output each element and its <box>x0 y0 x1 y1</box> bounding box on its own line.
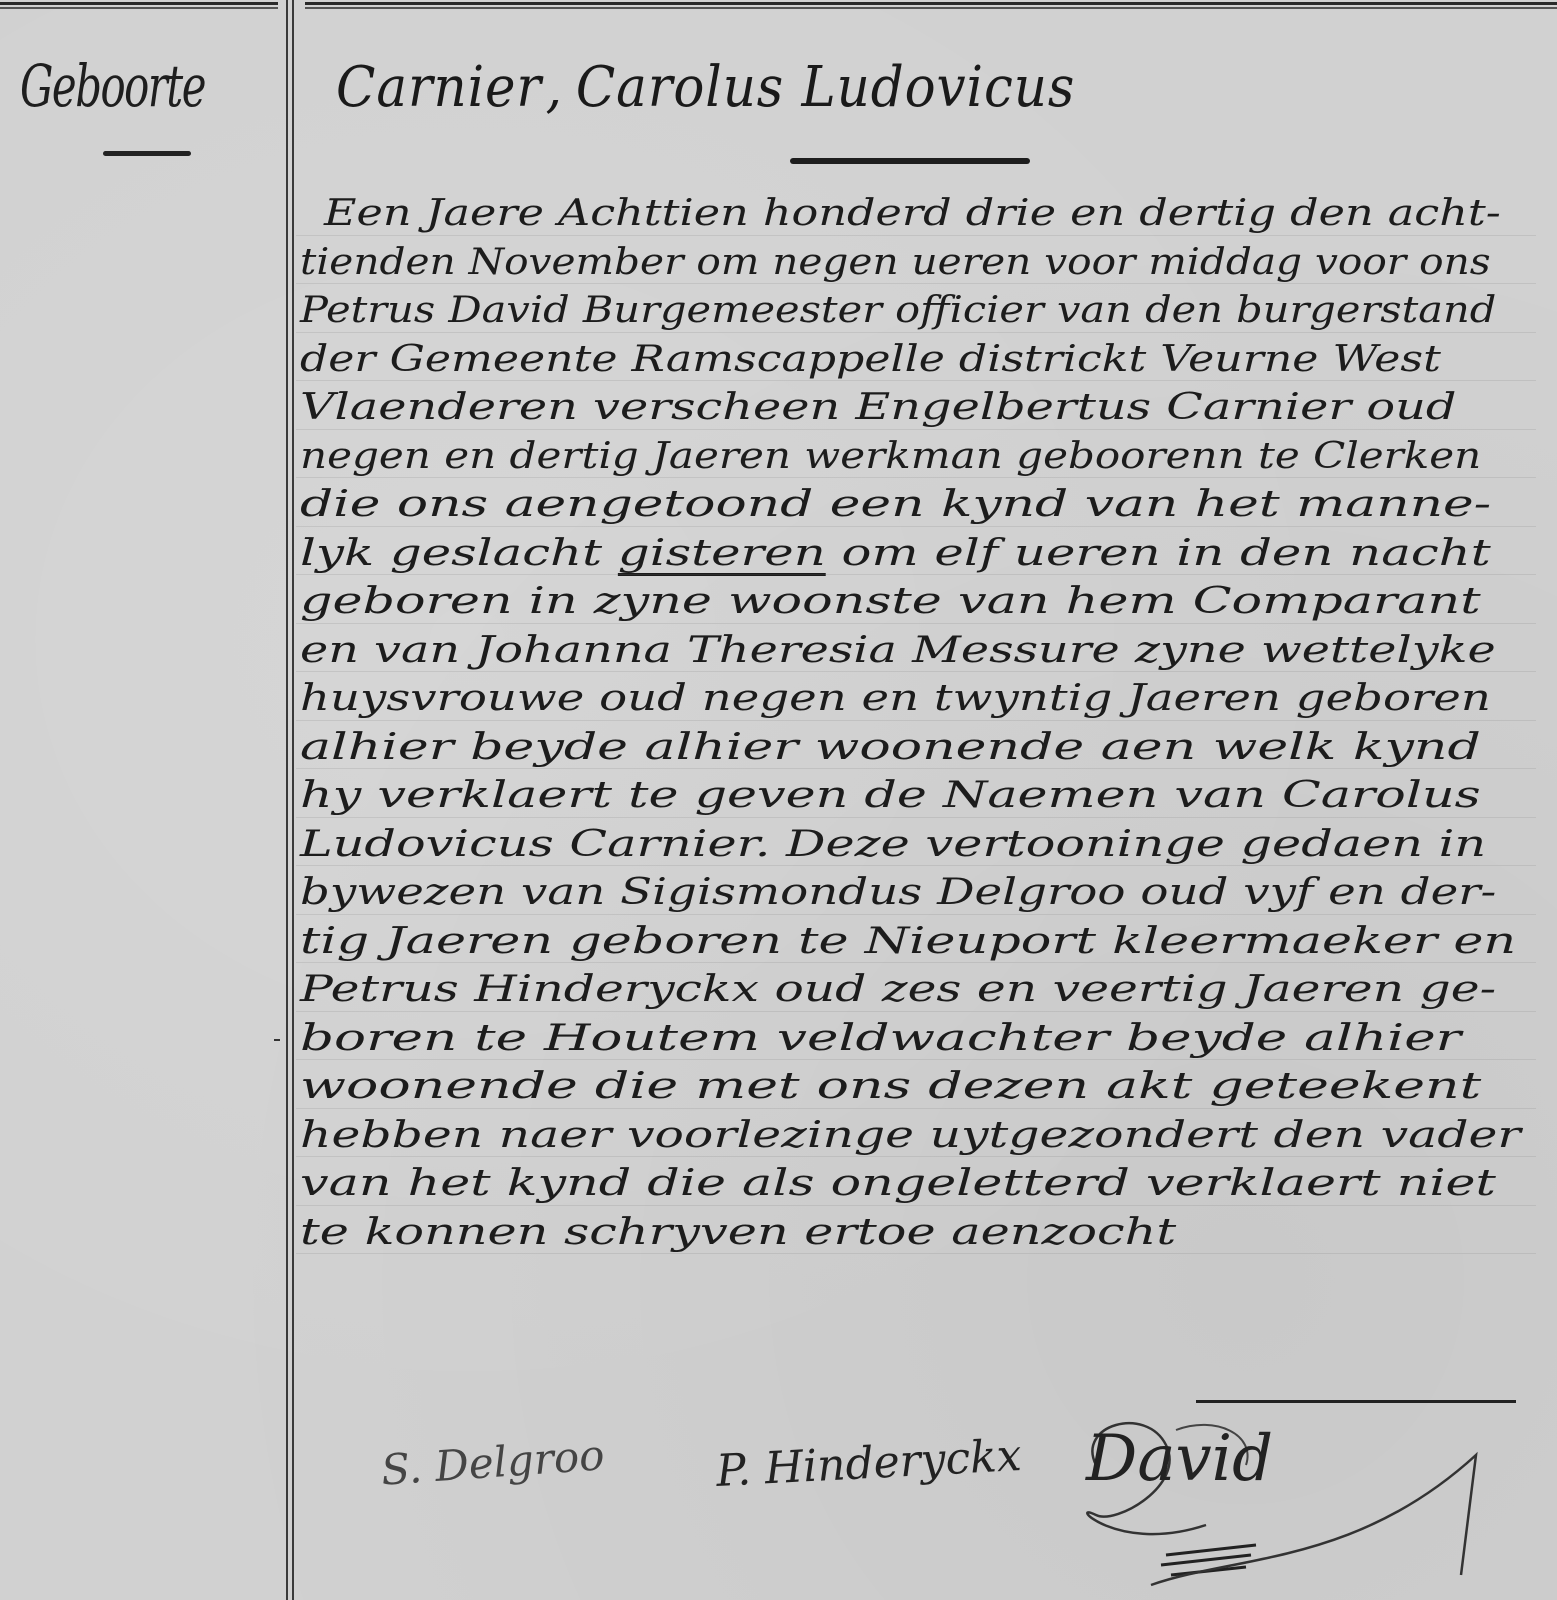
record-line-text: Ludovicus Carnier. Deze vertooninge geda… <box>300 821 1486 870</box>
signature-block: S. Delgroo P. Hinderyckx David <box>296 1400 1557 1600</box>
record-line-text: hy verklaert te geven de Naemen van Caro… <box>300 772 1481 821</box>
record-line-text: boren te Houtem veldwachter beyde alhier <box>300 1015 1461 1064</box>
record-line-text: geboren in zyne woonste van hem Comparan… <box>300 578 1481 627</box>
heading-surname: Carnier <box>336 55 542 120</box>
record-line-text: negen en dertig Jaeren werkman geboorenn… <box>300 433 1481 482</box>
signature-witness-1: S. Delgroo <box>380 1430 606 1494</box>
signature-officer: David <box>1086 1422 1273 1496</box>
record-line: lyk geslacht gisteren om elf ueren in de… <box>296 530 1536 579</box>
record-line: Petrus David Burgemeester officier van d… <box>296 287 1536 336</box>
record-line-text: tig Jaeren geboren te Nieuport kleermaek… <box>300 918 1516 967</box>
record-line: tig Jaeren geboren te Nieuport kleermaek… <box>296 918 1536 967</box>
record-line-text: der Gemeente Ramscappelle districkt Veur… <box>300 336 1441 385</box>
record-line: geboren in zyne woonste van hem Comparan… <box>296 578 1536 627</box>
record-line: woonende die met ons dezen akt geteekent <box>296 1063 1536 1112</box>
heading-given-names: Carolus Ludovicus <box>576 55 1075 120</box>
record-column: Carnier,Carolus Ludovicus Een Jaere Acht… <box>296 0 1557 1600</box>
record-line-text: tienden November om negen ueren voor mid… <box>300 239 1491 288</box>
margin-title-underline <box>103 151 191 156</box>
heading-comma: , <box>546 55 563 120</box>
record-line-text: alhier beyde alhier woonende aen welk ky… <box>300 724 1481 773</box>
record-line: die ons aengetoond een kynd van het mann… <box>296 481 1536 530</box>
record-line: boren te Houtem veldwachter beyde alhier <box>296 1015 1536 1064</box>
record-line-text: Een Jaere Achttien honderd drie en derti… <box>324 190 1501 239</box>
document-page: Geboorte Carnier,Carolus Ludovicus Een J… <box>0 0 1557 1600</box>
record-body: Een Jaere Achttien honderd drie en derti… <box>296 190 1536 1257</box>
record-line-text: Petrus Hinderyckx oud zes en veertig Jae… <box>300 966 1496 1015</box>
record-line: te konnen schryven ertoe aenzocht <box>296 1209 1536 1258</box>
signature-witness-2: P. Hinderyckx <box>715 1430 1023 1497</box>
record-line-text: Vlaenderen verscheen Engelbertus Carnier… <box>300 384 1456 433</box>
record-heading: Carnier,Carolus Ludovicus <box>336 55 1095 120</box>
record-line-text: en van Johanna Theresia Messure zyne wet… <box>300 627 1496 676</box>
record-line: hy verklaert te geven de Naemen van Caro… <box>296 772 1536 821</box>
heading-underline <box>790 158 1030 164</box>
record-line: bywezen van Sigismondus Delgroo oud vyf … <box>296 869 1536 918</box>
record-line: tienden November om negen ueren voor mid… <box>296 239 1536 288</box>
record-line: Petrus Hinderyckx oud zes en veertig Jae… <box>296 966 1536 1015</box>
record-line-text: hebben naer voorlezinge uytgezondert den… <box>300 1112 1521 1161</box>
record-line: alhier beyde alhier woonende aen welk ky… <box>296 724 1536 773</box>
record-line: Een Jaere Achttien honderd drie en derti… <box>296 190 1536 239</box>
record-line: van het kynd die als ongeletterd verklae… <box>296 1160 1536 1209</box>
record-line: en van Johanna Theresia Messure zyne wet… <box>296 627 1536 676</box>
column-divider-secondary <box>292 0 294 1600</box>
record-line: hebben naer voorlezinge uytgezondert den… <box>296 1112 1536 1161</box>
record-line: huysvrouwe oud negen en twyntig Jaeren g… <box>296 675 1536 724</box>
margin-dash-mark <box>274 1039 280 1041</box>
column-divider <box>286 0 288 1600</box>
margin-column: Geboorte <box>0 0 284 1600</box>
record-line-text: van het kynd die als ongeletterd verklae… <box>300 1160 1496 1209</box>
record-line: der Gemeente Ramscappelle districkt Veur… <box>296 336 1536 385</box>
margin-title: Geboorte <box>20 52 205 120</box>
record-line-text: te konnen schryven ertoe aenzocht <box>300 1209 1176 1258</box>
record-line-text: huysvrouwe oud negen en twyntig Jaeren g… <box>300 675 1491 724</box>
record-line-text: die ons aengetoond een kynd van het mann… <box>300 481 1491 530</box>
record-line: negen en dertig Jaeren werkman geboorenn… <box>296 433 1536 482</box>
record-line-text: Petrus David Burgemeester officier van d… <box>300 287 1496 336</box>
record-line-text: lyk geslacht gisteren om elf ueren in de… <box>300 530 1491 579</box>
record-line: Vlaenderen verscheen Engelbertus Carnier… <box>296 384 1536 433</box>
record-line-text: bywezen van Sigismondus Delgroo oud vyf … <box>300 869 1496 918</box>
record-line: Ludovicus Carnier. Deze vertooninge geda… <box>296 821 1536 870</box>
record-line-text: woonende die met ons dezen akt geteekent <box>300 1063 1481 1112</box>
underlined-word: gisteren <box>618 533 826 574</box>
